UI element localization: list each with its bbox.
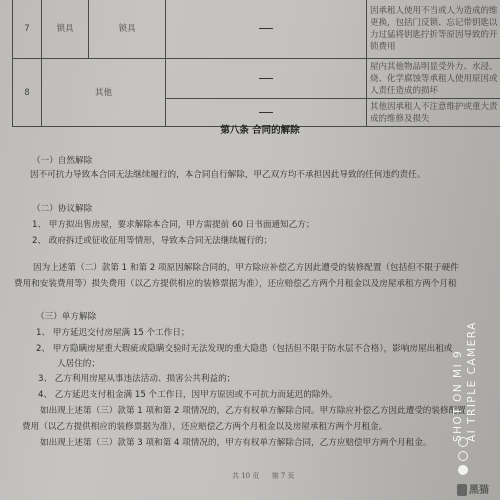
logo-text: 黑猫 <box>469 485 489 496</box>
list-item: 3、 乙方利用房屋从事违法活动、损害公共利益的； <box>38 372 235 384</box>
desc-line: 屋内其他物品明显受外力、水浸、 <box>370 61 500 73</box>
list-item: 4、 乙方延迟支付租金满 15 个工作日，因甲方原因或不可抗力而延迟的除外。 <box>38 388 338 400</box>
list-item: 1、 甲方拟出售房屋，要求解除本合同，甲方需提前 60 日书面通知乙方； <box>32 218 314 230</box>
desc-line: 力过猛将钥匙拧折等原因导致的开 <box>370 29 500 41</box>
list-item: 1、 甲方延迟交付房屋满 15 个工作日； <box>36 326 190 338</box>
desc-line: 更换，包括门反锁、忘记带钥匙以 <box>370 17 500 29</box>
list-item-continuation: 人居住的； <box>57 357 100 369</box>
row-description: 屋内其他物品明显受外力、水浸、 烧、化学腐蚀等承租人使用原因或 人责任造成的损坏 <box>367 59 500 99</box>
row-description: 因承租人使用不当或人为造成的维 更换，包括门反锁、忘记带钥匙以 力过猛将钥匙拧折… <box>367 0 500 59</box>
row-category: 锁具 <box>42 0 89 59</box>
section-heading: （三）单方解除 <box>36 310 96 322</box>
list-item: 2、 甲方隐瞒房屋重大瑕疵或隐瞒交验时无法发现的重大隐患（包括但不限于防水层不合… <box>36 342 452 354</box>
current-page: 第 7 页 <box>272 472 295 480</box>
dash-placeholder <box>259 28 273 29</box>
circle-icon <box>458 451 468 461</box>
circle-icon <box>458 437 468 447</box>
row-value <box>166 0 367 59</box>
row-value <box>166 59 367 99</box>
desc-line: 锁费用 <box>370 41 500 53</box>
page-footer: 共 10 页 第 7 页 <box>232 471 305 481</box>
row-number: 7 <box>13 0 42 59</box>
paragraph-line: 如出现上述第（三）款第 1 项和第 2 项情况的，乙方有权单方解除合同。甲方除应… <box>40 404 466 416</box>
table-row: 7 锁具 锁具 因承租人使用不当或人为造成的维 更换，包括门反锁、忘记带钥匙以 … <box>13 0 500 59</box>
dash-placeholder <box>259 78 273 79</box>
contract-page: 7 锁具 锁具 因承租人使用不当或人为造成的维 更换，包括门反锁、忘记带钥匙以 … <box>0 0 500 500</box>
desc-line: 因承租人使用不当或人为造成的维 <box>370 5 500 17</box>
desc-line: 其他因承租人不注意维护或重大责 <box>370 101 500 113</box>
desc-line: 人责任造成的损坏 <box>370 85 500 97</box>
table-row: 8 其他 屋内其他物品明显受外力、水浸、 烧、化学腐蚀等承租人使用原因或 人责任… <box>13 59 500 99</box>
total-pages: 共 10 页 <box>232 472 259 480</box>
watermark-line2: AI TRIPLE CAMERA <box>466 321 478 442</box>
watermark-line1: SHOT ON MI 9 <box>452 350 464 442</box>
paragraph-line: 如出现上述第（三）款第 3 项和第 4 项情况的，甲方有权单方解除合同，乙方应赔… <box>40 436 431 448</box>
article-title: 第八条 合同的解除 <box>0 122 500 136</box>
dash-placeholder <box>259 112 273 113</box>
section-heading: （二）协议解除 <box>32 202 92 214</box>
section-body: 因不可抗力导致本合同无法继续履行的，本合同自行解除，甲乙双方均不承担因此导致的任… <box>30 168 425 180</box>
paragraph-line: 因为上述第（二）款第 1 和第 2 项原因解除合同的，甲方除应补偿乙方因此遭受的… <box>33 261 459 273</box>
section-heading: （一）自然解除 <box>32 154 92 166</box>
paragraph-line: 费用（以乙方提供相应的装修票据为准），还应赔偿乙方两个月租金以及房屋承租方两个月… <box>22 420 387 432</box>
paragraph-line: 费用和安装费用等）损失费用（以乙方提供相应的装修票据为准），还应赔偿乙方两个月租… <box>14 277 457 289</box>
blackcat-logo: 黑猫 <box>457 481 497 499</box>
row-category: 其他 <box>42 59 166 127</box>
row-number: 8 <box>13 59 42 127</box>
cat-logo-icon <box>457 484 467 496</box>
list-item: 2、 政府拆迁或征收征用等情形，导致本合同无法继续履行的； <box>32 234 272 246</box>
desc-line: 烧、化学腐蚀等承租人使用原因或 <box>370 73 500 85</box>
filled-circle-icon <box>458 465 468 475</box>
fixtures-table: 7 锁具 锁具 因承租人使用不当或人为造成的维 更换，包括门反锁、忘记带钥匙以 … <box>12 0 500 127</box>
row-item: 锁具 <box>89 0 166 59</box>
